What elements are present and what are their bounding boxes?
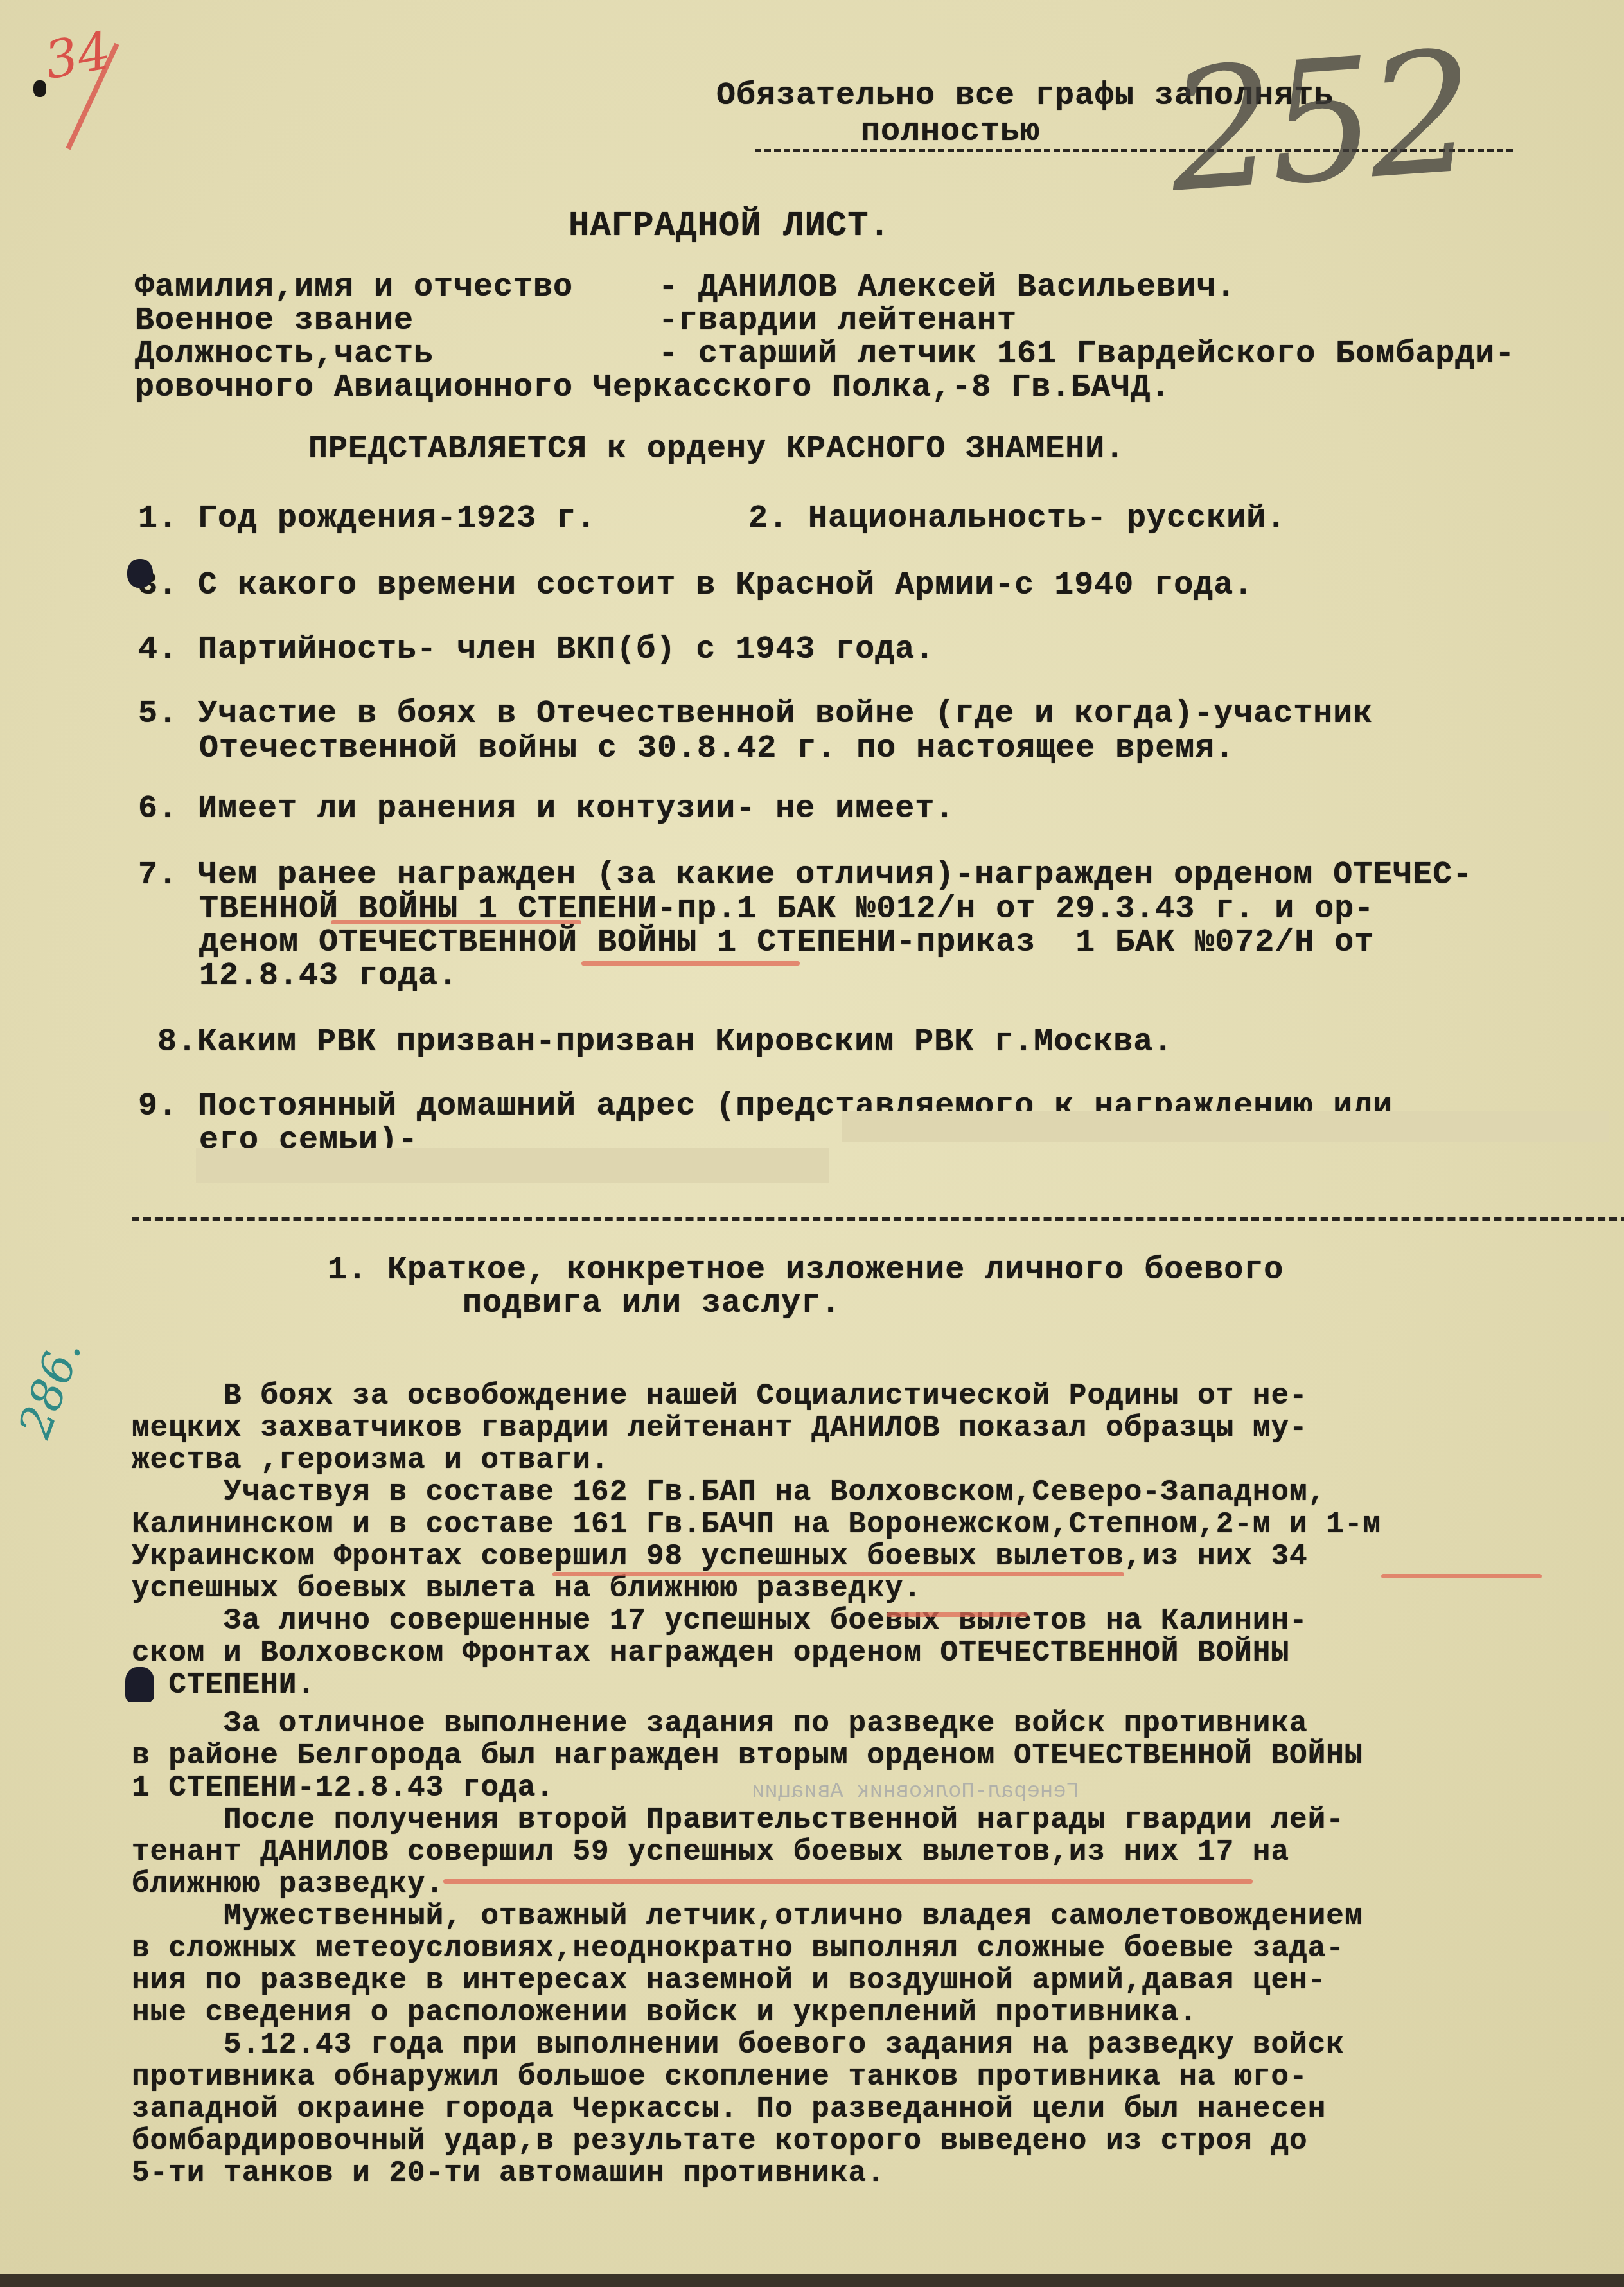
redaction-block (842, 1111, 1609, 1142)
position-value: - старший летчик 161 Гвардейского Бомбар… (658, 337, 1515, 373)
narrative-line: западной окраине города Черкассы. По раз… (132, 2093, 1326, 2125)
item-7-cont2: деном ОТЕЧЕСТВЕННОЙ ВОЙНЫ 1 СТЕПЕНИ-прик… (199, 925, 1374, 961)
narrative-line: За отличное выполнение задания по развед… (132, 1708, 1308, 1740)
handwritten-registry-number: 252 (1163, 15, 1475, 230)
item-5-cont: Отечественной войны с 30.8.42 г. по наст… (199, 731, 1235, 767)
narrative-line: 5-ти танков и 20-ти автомашин противника… (132, 2157, 885, 2189)
item-3: 3. С какого времени состоит в Красной Ар… (138, 568, 1253, 604)
narrative-line: 1 СТЕПЕНИ-12.8.43 года. (132, 1772, 554, 1804)
item-1: 1. Год рождения-1923 г. (138, 501, 596, 537)
narrative-line: ском и Волховском Фронтах награжден орде… (132, 1637, 1289, 1669)
item-6: 6. Имеет ли ранения и контузии- не имеет… (138, 791, 955, 827)
position-label: Должность,часть (135, 337, 434, 373)
handwritten-side-note: 286. (8, 1332, 92, 1445)
handwritten-page-mark: 34 (40, 21, 115, 91)
rank-label: Военное звание (135, 303, 414, 339)
rank-value: -гвардии лейтенант (658, 303, 1017, 339)
section-title-2: подвига или заслуг. (463, 1286, 841, 1322)
narrative-line: Калининском и в составе 161 Гв.БАЧП на В… (132, 1508, 1381, 1541)
narrative-line: успешных боевых вылета на ближнюю развед… (132, 1573, 922, 1605)
redaction-block (196, 1148, 829, 1183)
narrative-line: После получения второй Правительственной… (132, 1804, 1345, 1836)
nomination-line: ПРЕДСТАВЛЯЕТСЯ к ордену КРАСНОГО ЗНАМЕНИ… (308, 432, 1125, 468)
narrative-line: ные сведения о расположении войск и укре… (132, 1997, 1197, 2029)
item-7: 7. Чем ранее награжден (за какие отличия… (138, 858, 1472, 894)
narrative-line: 1 СТЕПЕНИ. (132, 1669, 315, 1701)
name-label: Фамилия,имя и отчество (135, 270, 573, 306)
narrative-line: в сложных метеоусловиях,неоднократно вып… (132, 1932, 1345, 1965)
bleed-through-stamp: Генерал-Полковник Авиации (752, 1779, 1079, 1804)
red-underline (331, 920, 581, 924)
narrative-line: жества ,героизма и отваги. (132, 1444, 610, 1476)
item-2: 2. Национальность- русский. (748, 501, 1286, 537)
ink-blot (127, 559, 153, 588)
narrative-line: ближнюю разведку. (132, 1868, 444, 1900)
narrative-line: Мужественный, отважный летчик,отлично вл… (132, 1900, 1363, 1932)
narrative-line: бомбардировочный удар,в результате котор… (132, 2125, 1308, 2157)
item-5: 5. Участие в боях в Отечественной войне … (138, 696, 1373, 732)
red-underline (1381, 1574, 1542, 1578)
section-divider (132, 1217, 1624, 1221)
award-sheet: 34 Обязательно все графы заполнять полно… (0, 0, 1624, 2274)
red-underline (887, 1612, 1028, 1617)
narrative-line: тенант ДАНИЛОВ совершил 59 успешных боев… (132, 1836, 1289, 1868)
narrative-line: мецких захватчиков гвардии лейтенант ДАН… (132, 1412, 1308, 1444)
item-8: 8.Каким РВК призван-призван Кировским РВ… (157, 1025, 1173, 1061)
section-title: 1. Краткое, конкретное изложение личного… (328, 1253, 1284, 1289)
name-value: - ДАНИЛОВ Алексей Васильевич. (658, 270, 1236, 306)
header-note-2: полностью (861, 114, 1040, 150)
position-value-cont: ровочного Авиационного Черкасского Полка… (135, 370, 1170, 406)
red-underline (581, 961, 800, 966)
narrative-line: Участвуя в составе 162 Гв.БАП на Волховс… (132, 1476, 1326, 1508)
item-7-cont3: 12.8.43 года. (199, 958, 458, 994)
narrative-line: Украинском Фронтах совершил 98 успешных … (132, 1541, 1308, 1573)
ink-blot (125, 1667, 154, 1702)
red-underline (552, 1572, 1124, 1576)
narrative-line: в районе Белгорода был награжден вторым … (132, 1740, 1363, 1772)
document-title: НАГРАДНОЙ ЛИСТ. (569, 209, 890, 245)
item-4: 4. Партийность- член ВКП(б) с 1943 года. (138, 632, 935, 668)
narrative-line: ния по разведке в интересах наземной и в… (132, 1965, 1326, 1997)
punch-hole (33, 80, 46, 97)
narrative-line: За лично совершенные 17 успешных боевых … (132, 1605, 1308, 1637)
narrative-line: противника обнаружил большое скопление т… (132, 2061, 1308, 2093)
narrative-line: В боях за освобождение нашей Социалистич… (132, 1380, 1308, 1412)
red-underline (443, 1879, 1253, 1884)
narrative-line: 5.12.43 года при выполнении боевого зада… (132, 2029, 1345, 2061)
